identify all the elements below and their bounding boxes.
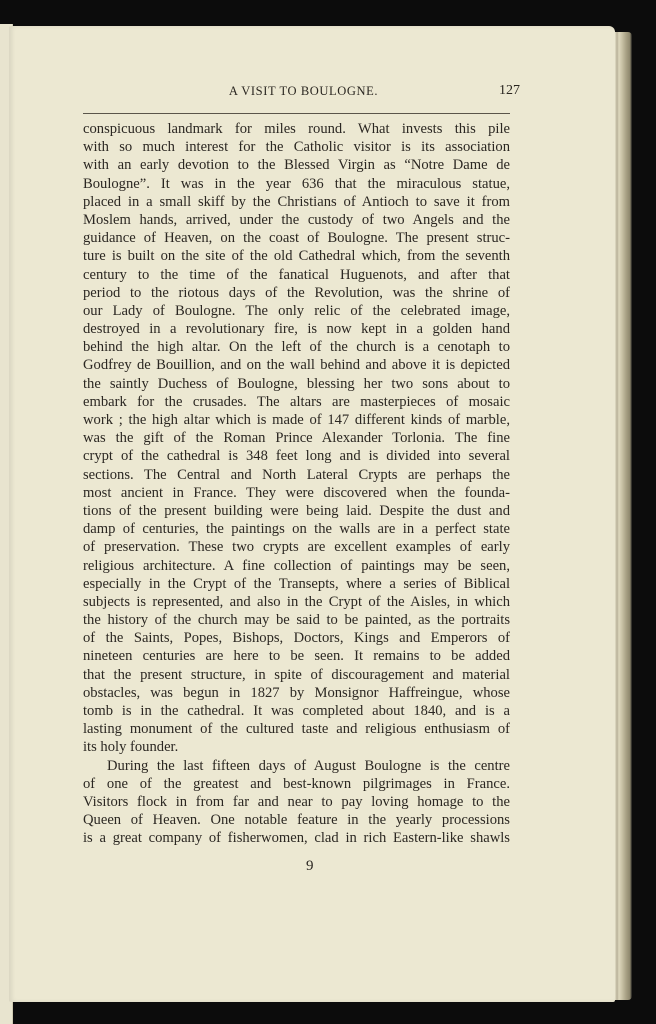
text-line: tions of the present building were being… bbox=[83, 502, 510, 520]
text-line: Godfrey de Bouillion, and on the wall be… bbox=[83, 356, 510, 374]
page-block-edges bbox=[612, 32, 632, 1000]
text-line: was the gift of the Roman Prince Alexand… bbox=[83, 429, 510, 447]
signature-mark: 9 bbox=[306, 858, 314, 875]
text-line: destroyed in a revolutionary fire, is no… bbox=[83, 320, 510, 338]
text-line: subjects is represented, and also in the… bbox=[83, 593, 510, 611]
page-number: 127 bbox=[499, 83, 520, 99]
text-line: ture is built on the site of the old Cat… bbox=[83, 247, 510, 265]
text-line: Queen of Heaven. One notable feature in … bbox=[83, 811, 510, 829]
text-line: that the present structure, in spite of … bbox=[83, 666, 510, 684]
text-line: nineteen centuries are here to be seen. … bbox=[83, 647, 510, 665]
text-line: behind the high altar. On the left of th… bbox=[83, 338, 510, 356]
text-line: placed in a small skiff by the Christian… bbox=[83, 193, 510, 211]
text-line: especially in the Crypt of the Transepts… bbox=[83, 575, 510, 593]
text-line: conspicuous landmark for miles round. Wh… bbox=[83, 120, 510, 138]
text-line: of one of the greatest and best-known pi… bbox=[83, 775, 510, 793]
text-line: crypt of the cathedral is 348 feet long … bbox=[83, 447, 510, 465]
running-title: A VISIT TO BOULOGNE. bbox=[83, 84, 524, 99]
text-line: of the Saints, Popes, Bishops, Doctors, … bbox=[83, 629, 510, 647]
text-line: work ; the high altar which is made of 1… bbox=[83, 411, 510, 429]
text-line: the saintly Duchess of Boulogne, blessin… bbox=[83, 375, 510, 393]
text-line: period to the riotous days of the Revolu… bbox=[83, 284, 510, 302]
text-line: tomb is in the cathedral. It was complet… bbox=[83, 702, 510, 720]
text-line: most ancient in France. They were discov… bbox=[83, 484, 510, 502]
text-line: of preservation. These two crypts are ex… bbox=[83, 538, 510, 556]
text-line: religious architecture. A fine collectio… bbox=[83, 557, 510, 575]
text-line: Boulogne”. It was in the year 636 that t… bbox=[83, 175, 510, 193]
text-line: with an early devotion to the Blessed Vi… bbox=[83, 156, 510, 174]
running-head: A VISIT TO BOULOGNE. 127 bbox=[83, 84, 524, 104]
text-line: lasting monument of the cultured taste a… bbox=[83, 720, 510, 738]
text-line: Moslem hands, arrived, under the custody… bbox=[83, 211, 510, 229]
text-line: Visitors flock in from far and near to p… bbox=[83, 793, 510, 811]
text-line: century to the time of the fanatical Hug… bbox=[83, 266, 510, 284]
text-line: its holy founder. bbox=[83, 738, 510, 756]
text-line: guidance of Heaven, on the coast of Boul… bbox=[83, 229, 510, 247]
text-line: damp of centuries, the paintings on the … bbox=[83, 520, 510, 538]
text-line: obstacles, was begun in 1827 by Monsigno… bbox=[83, 684, 510, 702]
text-line: the history of the church may be said to… bbox=[83, 611, 510, 629]
text-line: is a great company of fisherwomen, clad … bbox=[83, 829, 510, 847]
body-text: conspicuous landmark for miles round. Wh… bbox=[83, 120, 510, 848]
text-line: our Lady of Boulogne. The only relic of … bbox=[83, 302, 510, 320]
text-line: sections. The Central and North Lateral … bbox=[83, 466, 510, 484]
paragraph-start-line: During the last fifteen days of August B… bbox=[83, 757, 510, 775]
text-line: with so much interest for the Catholic v… bbox=[83, 138, 510, 156]
text-line: embark for the crusades. The altars are … bbox=[83, 393, 510, 411]
header-rule bbox=[83, 113, 510, 114]
